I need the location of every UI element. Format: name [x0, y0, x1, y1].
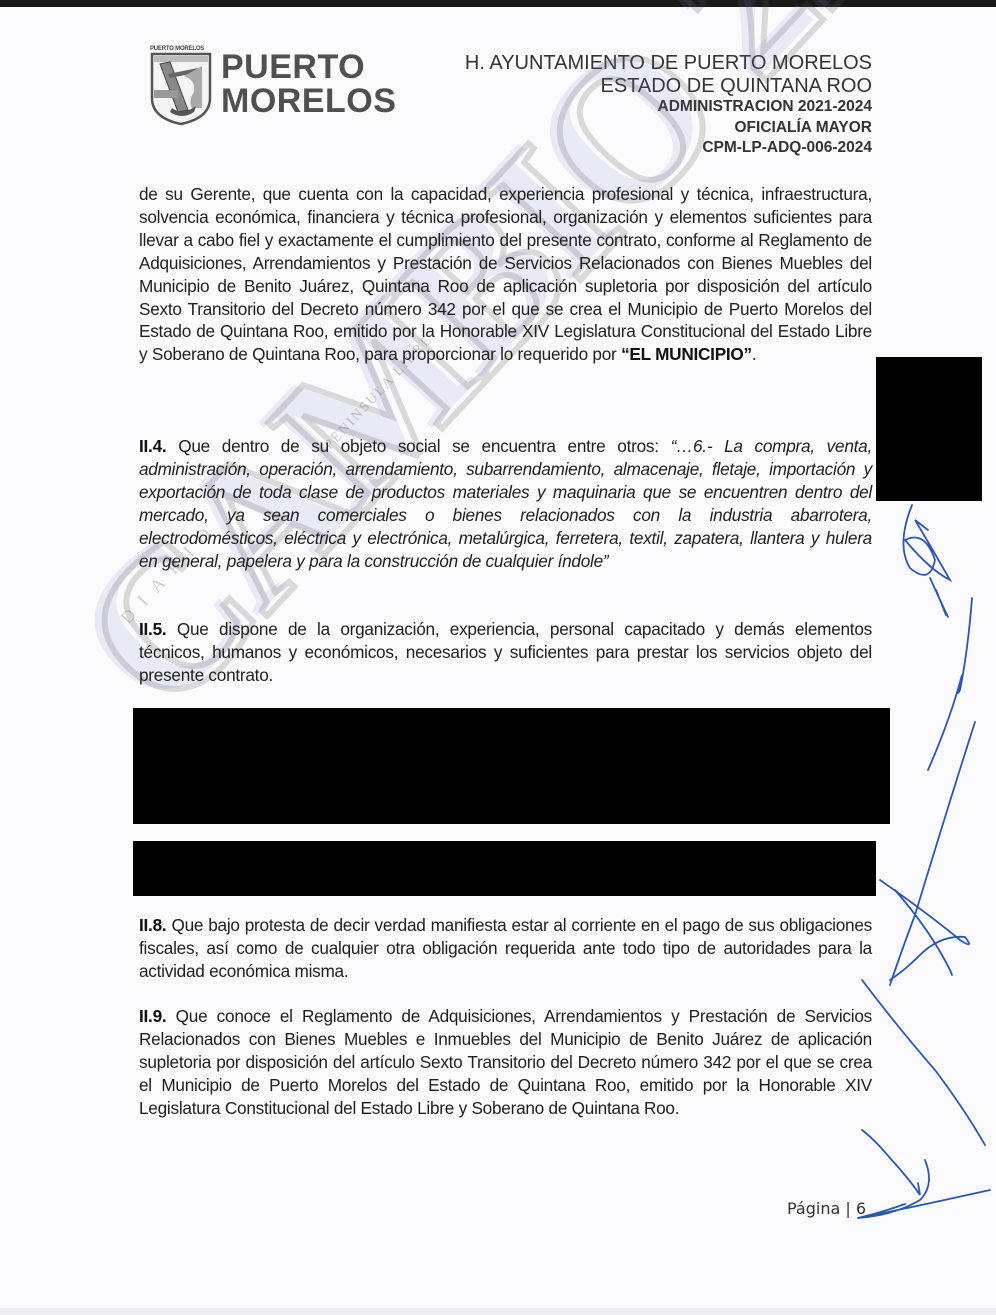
- clause-ii-4: II.4. Que dentro de su objeto social se …: [139, 435, 872, 572]
- header-estado: ESTADO DE QUINTANA ROO: [465, 76, 872, 96]
- clause-ii-9: II.9. Que conoce el Reglamento de Adquis…: [139, 1005, 872, 1120]
- document-header: H. AYUNTAMIENTO DE PUERTO MORELOS ESTADO…: [465, 53, 872, 161]
- scan-top-edge: [0, 0, 996, 7]
- logo-caption: PUERTO MORELOS: [150, 46, 204, 52]
- clause-label: II.5.: [139, 619, 166, 639]
- clause-ii-5: II.5. Que dispone de la organización, ex…: [139, 618, 872, 687]
- header-oficialia: OFICIALÍA MAYOR: [465, 120, 872, 136]
- clause-label: II.4.: [139, 436, 166, 456]
- municipal-shield-icon: [148, 46, 214, 126]
- municipality-logo: PUERTO MORELOS PUERTO MORELOS: [148, 46, 393, 126]
- clause-ii-8: II.8. Que bajo protesta de decir verdad …: [139, 914, 872, 983]
- paragraph-gerente-capacidad: de su Gerente, que cuenta con la capacid…: [139, 183, 872, 366]
- redaction-block-margin: [876, 357, 982, 501]
- clause-label: II.8.: [139, 915, 166, 935]
- redaction-block-clause: [133, 841, 876, 896]
- objeto-social-quote: “…6.- La compra, venta, administración, …: [139, 436, 872, 571]
- page-number: Página | 6: [787, 1199, 866, 1218]
- header-ayuntamiento: H. AYUNTAMIENTO DE PUERTO MORELOS: [465, 53, 872, 73]
- header-administracion: ADMINISTRACION 2021-2024: [465, 99, 872, 115]
- header-contract-code: CPM-LP-ADQ-006-2024: [465, 140, 872, 156]
- logo-wordmark-line2: MORELOS: [221, 84, 396, 118]
- scan-bottom-edge: [0, 1308, 996, 1315]
- logo-wordmark-line1: PUERTO: [221, 50, 365, 84]
- redaction-block-clauses: [133, 708, 890, 824]
- el-municipio-bold: “EL MUNICIPIO”: [621, 344, 752, 364]
- clause-label: II.9.: [139, 1006, 166, 1026]
